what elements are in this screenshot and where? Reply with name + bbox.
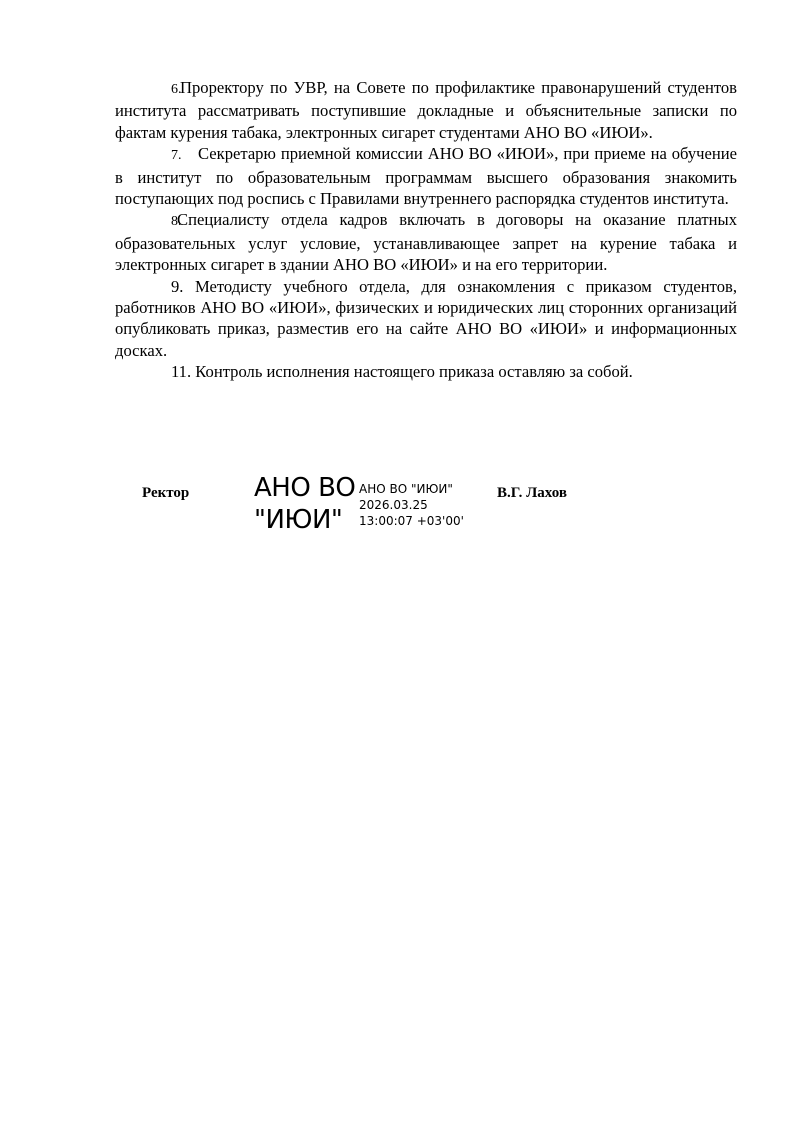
paragraph-8: 8.Специалисту отдела кадров включать в д… [115,209,737,275]
paragraph-number: 7. [143,145,198,166]
paragraph-text: Проректору по УВР, на Совете по профилак… [115,78,737,142]
order-body: 6.Проректору по УВР, на Совете по профил… [115,77,737,383]
stamp-time: 13:00:07 +03'00' [359,513,464,529]
digital-signature-details: АНО ВО "ИЮИ" 2026.03.25 13:00:07 +03'00' [359,481,464,529]
signer-name: В.Г. Лахов [497,485,567,502]
stamp-date: 2026.03.25 [359,497,464,513]
stamp-name-line1: АНО ВО [254,472,355,504]
signer-position: Ректор [142,485,189,502]
paragraph-number: 9. [143,276,183,297]
paragraph-text: Секретарю приемной комиссии АНО ВО «ИЮИ»… [115,144,737,208]
paragraph-9: 9. Методисту учебного отдела, для ознако… [115,276,737,362]
paragraph-number: 11. [143,361,191,382]
stamp-org: АНО ВО "ИЮИ" [359,481,464,497]
paragraph-7: 7.Секретарю приемной комиссии АНО ВО «ИЮ… [115,143,737,209]
paragraph-6: 6.Проректору по УВР, на Совете по профил… [115,77,737,143]
paragraph-11: 11. Контроль исполнения настоящего прика… [115,361,737,382]
signature-block: Ректор АНО ВО "ИЮИ" АНО ВО "ИЮИ" 2026.03… [0,472,794,542]
document-page: 6.Проректору по УВР, на Совете по профил… [0,0,794,1123]
paragraph-text: Специалисту отдела кадров включать в дог… [115,210,737,274]
paragraph-text: Методисту учебного отдела, для ознакомле… [115,277,737,360]
digital-signature-name: АНО ВО "ИЮИ" [254,472,355,536]
paragraph-number: 6. [143,79,180,100]
paragraph-text: Контроль исполнения настоящего приказа о… [195,362,633,381]
paragraph-number: 8. [143,211,177,232]
stamp-name-line2: "ИЮИ" [254,504,355,536]
